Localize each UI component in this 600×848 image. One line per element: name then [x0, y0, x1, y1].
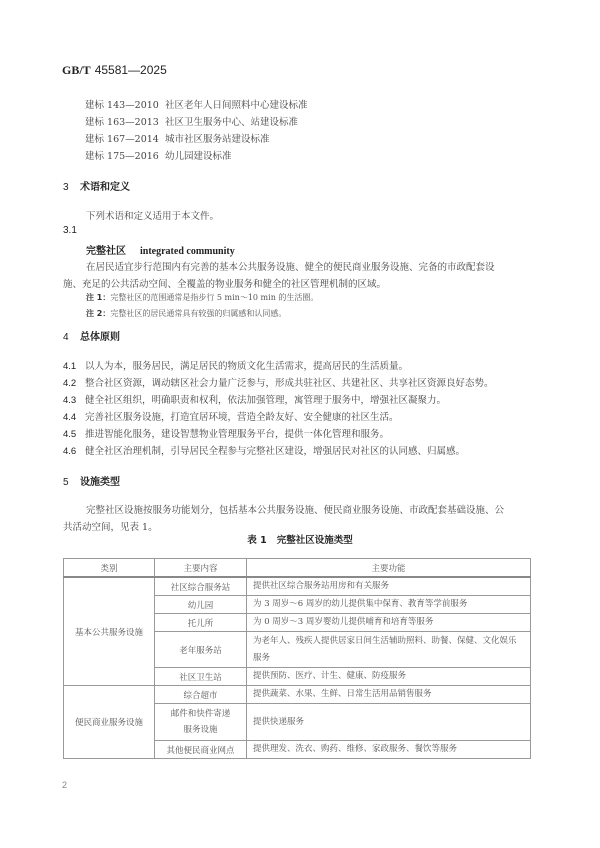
- category-cell: 便民商业服务设施: [64, 686, 155, 759]
- content-cell: 邮件和快件寄递服务设施: [155, 704, 247, 741]
- reference-item: 建标 175—2016幼儿园建设标准: [85, 148, 232, 162]
- document-header: GB/T45581—2025: [62, 63, 167, 78]
- content-cell: 幼儿园: [155, 596, 247, 614]
- category-cell: 基本公共服务设施: [64, 577, 155, 686]
- function-cell: 为 0 周岁～3 周岁婴幼儿提供哺育和培育等服务: [247, 614, 531, 632]
- clause-item: 4.6健全社区治理机制，引导居民全程参与完整社区建设，增强居民对社区的认同感、归…: [63, 443, 465, 457]
- table-row: 便民商业服务设施 综合超市 提供蔬菜、水果、生鲜、日常生活用品销售服务: [64, 686, 531, 704]
- term-note-1: 注 1：完整社区的范围通常是指步行 5 min～10 min 的生活圈。: [86, 292, 318, 303]
- section-3-intro: 下列术语和定义适用于本文件。: [86, 208, 219, 222]
- content-cell: 综合超市: [155, 686, 247, 704]
- section-5-paragraph-line-2: 共活动空间，见表 1。: [63, 519, 158, 533]
- term-note-2: 注 2：完整社区的居民通常具有较强的归属感和认同感。: [86, 308, 286, 319]
- facility-types-table: 类别 主要内容 主要功能 基本公共服务设施 社区综合服务站 提供社区综合服务站用…: [63, 558, 531, 759]
- function-cell: 为 3 周岁～6 周岁的幼儿提供集中保育、教育等学前服务: [247, 596, 531, 614]
- function-cell: 为老年人、残疾人提供居家日间生活辅助照料、助餐、保健、文化娱乐服务: [247, 632, 531, 668]
- column-header-category: 类别: [64, 559, 155, 578]
- table-row: 基本公共服务设施 社区综合服务站 提供社区综合服务站用房和有关服务: [64, 577, 531, 596]
- table-header-row: 类别 主要内容 主要功能: [64, 559, 531, 578]
- function-cell: 提供社区综合服务站用房和有关服务: [247, 577, 531, 596]
- clause-item: 4.2整合社区资源，调动辖区社会力量广泛参与，形成共驻社区、共建社区、共享社区资…: [63, 375, 494, 389]
- content-cell: 社区卫生站: [155, 668, 247, 686]
- section-5-paragraph-line-1: 完整社区设施按服务功能划分，包括基本公共服务设施、便民商业服务设施、市政配套基础…: [86, 502, 504, 516]
- function-cell: 提供蔬菜、水果、生鲜、日常生活用品销售服务: [247, 686, 531, 704]
- standard-prefix: GB/T: [62, 63, 91, 77]
- clause-item: 4.5推进智能化服务，建设智慧物业管理服务平台，提供一体化管理和服务。: [63, 426, 389, 440]
- content-cell: 老年服务站: [155, 632, 247, 668]
- term-definition-line-2: 施、充足的公共活动空间、全覆盖的物业服务和健全的社区管理机制的区域。: [63, 276, 386, 290]
- table-1-caption: 表 1完整社区设施类型: [0, 532, 600, 546]
- column-header-function: 主要功能: [247, 559, 531, 578]
- clause-item: 4.1以人为本，服务居民，满足居民的物质文化生活需求，提高居民的生活质量。: [63, 358, 408, 372]
- section-5-heading: 5设施类型: [63, 473, 120, 488]
- section-3-heading: 3术语和定义: [63, 178, 130, 193]
- clause-item: 4.4完善社区服务设施，打造宜居环境，营造全龄友好、安全健康的社区生活。: [63, 409, 399, 423]
- reference-item: 建标 167—2014城市社区服务站建设标准: [85, 131, 270, 145]
- column-header-content: 主要内容: [155, 559, 247, 578]
- section-4-heading: 4总体原则: [63, 328, 120, 343]
- function-cell: 提供快递服务: [247, 704, 531, 741]
- term-heading: 完整社区integrated community: [86, 242, 235, 257]
- content-cell: 其他便民商业网点: [155, 741, 247, 759]
- function-cell: 提供预防、医疗、计生、健康、防疫服务: [247, 668, 531, 686]
- term-definition-line-1: 在居民适宜步行范围内有完善的基本公共服务设施、健全的便民商业服务设施、完备的市政…: [86, 259, 495, 273]
- content-cell: 托儿所: [155, 614, 247, 632]
- standard-number: 45581—2025: [95, 63, 167, 77]
- function-cell: 提供理发、洗衣、购药、维修、家政服务、餐饮等服务: [247, 741, 531, 759]
- content-cell: 社区综合服务站: [155, 577, 247, 596]
- clause-item: 4.3健全社区组织，明确职责和权利，依法加强管理，寓管理于服务中，增强社区凝聚力…: [63, 392, 446, 406]
- page-number: 2: [62, 780, 67, 790]
- term-number: 3.1: [63, 225, 77, 236]
- reference-item: 建标 143—2010社区老年人日间照料中心建设标准: [85, 97, 308, 111]
- reference-item: 建标 163—2013社区卫生服务中心、站建设标准: [85, 114, 298, 128]
